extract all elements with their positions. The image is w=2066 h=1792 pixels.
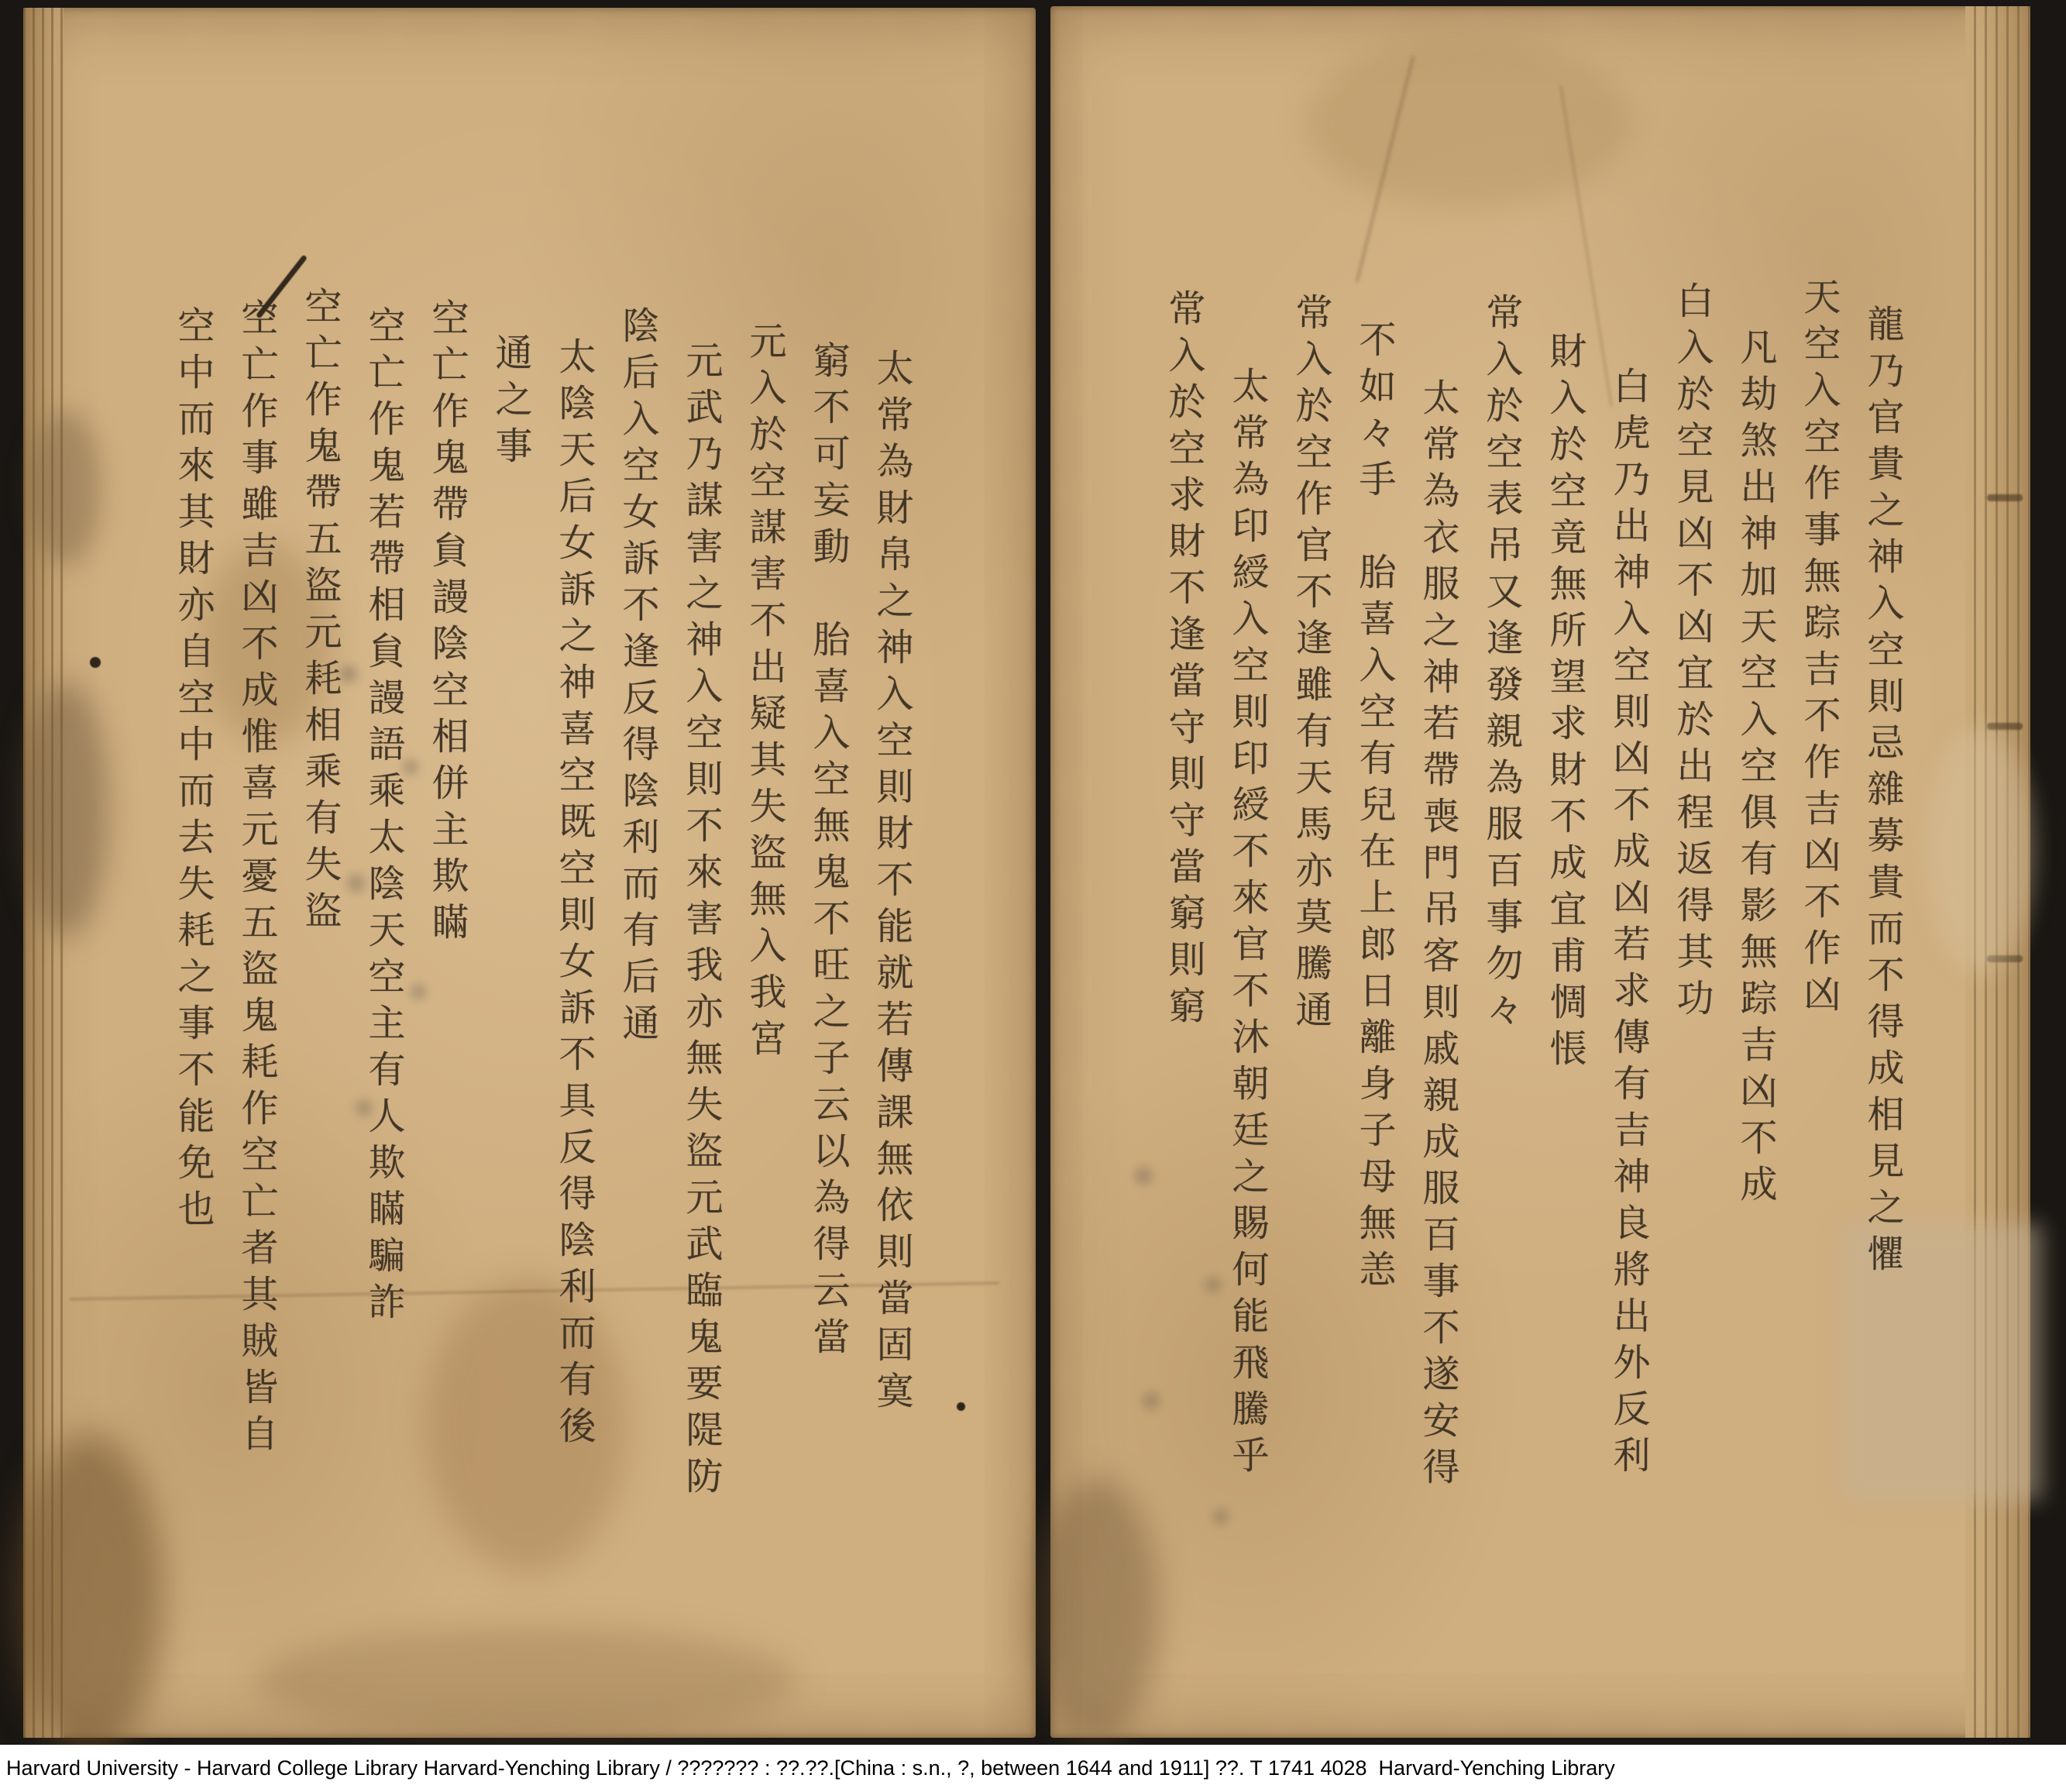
right-page-column-12: 常入於空求財不逢當守則守當窮則窮 bbox=[1152, 289, 1215, 1738]
left-page-column-10: 空亡作鬼帶五盜元耗相乘有失盜 bbox=[288, 287, 352, 1738]
right-page-column-11: 太常為印綬入空則印綬不來官不沐朝廷之賜何能飛騰乎 bbox=[1215, 366, 1279, 1738]
left-page-column-6: 太陰天后女訴之神喜空既空則女訴不具反得陰利而有後 bbox=[542, 337, 606, 1738]
left-page-column-2: 窮不可妄動 胎喜入空無鬼不旺之子云以為得云當 bbox=[796, 341, 860, 1738]
left-page-column-1: 太常為財帛之神入空則財不能就若傳課無依則當固寞 bbox=[860, 349, 923, 1738]
right-page-column-1: 龍乃官貴之神入空則忌雜募貴而不得成相見之懼 bbox=[1851, 304, 1914, 1738]
binding-stitch bbox=[1987, 494, 2023, 501]
caption-bar: Harvard University - Harvard College Lib… bbox=[0, 1745, 2066, 1792]
ink-dot bbox=[957, 1402, 965, 1411]
left-page-column-3: 元入於空謀害不出疑其失盜無入我宮 bbox=[733, 322, 796, 1738]
right-page: 龍乃官貴之神入空則忌雜募貴而不得成相見之懼天空入空作事無踪吉不作吉凶不作凶凡劫煞… bbox=[1050, 6, 2030, 1738]
left-page-leaf-edges bbox=[23, 8, 64, 1738]
right-page-column-2: 天空入空作事無踪吉不作吉凶不作凶 bbox=[1787, 277, 1851, 1738]
left-page-column-9: 空亡作鬼若帶相貟謾語乘太陰天空主有人欺瞞騙詐 bbox=[352, 306, 415, 1738]
right-page-text: 龍乃官貴之神入空則忌雜募貴而不得成相見之懼天空入空作事無踪吉不作吉凶不作凶凡劫煞… bbox=[1152, 6, 1914, 1738]
right-page-column-5: 白虎乃出神入空則凶不成凶若求傳有吉神良將出外反利 bbox=[1597, 366, 1660, 1738]
left-page-column-12: 空中而來其財亦自空中而去失耗之事不能免也 bbox=[161, 306, 225, 1738]
library-caption: Harvard University - Harvard College Lib… bbox=[6, 1756, 1615, 1780]
left-page-column-7: 通之事 bbox=[479, 333, 542, 1738]
right-page-binding-edges bbox=[1965, 6, 2030, 1738]
binding-stitch bbox=[1987, 955, 2023, 962]
left-page-column-8: 空亡作鬼帶貟謾陰空相併主欺瞞 bbox=[415, 298, 479, 1738]
manuscript-scan: 太常為財帛之神入空則財不能就若傳課無依則當固寞窮不可妄動 胎喜入空無鬼不旺之子云… bbox=[0, 0, 2066, 1792]
right-page-column-6: 財入於空竟無所望求財不成宜甫惆悵 bbox=[1533, 332, 1597, 1738]
left-page-column-4: 元武乃謀害之神入空則不來害我亦無失盜元武臨鬼要隄防 bbox=[669, 341, 733, 1738]
right-page-column-3: 凡劫煞出神加天空入空俱有影無踪吉凶不成 bbox=[1724, 328, 1787, 1738]
right-page-column-9: 不如々手 胎喜入空有兒在上郎日離身子母無恙 bbox=[1342, 320, 1406, 1738]
right-page-column-10: 常入於空作官不逢雖有天馬亦莫騰通 bbox=[1279, 293, 1342, 1738]
right-page-column-7: 常入於空表吊又逢發親為服百事勿々 bbox=[1470, 293, 1533, 1738]
left-page-column-5: 陰后入空女訴不逢反得陰利而有后通 bbox=[606, 306, 669, 1738]
left-page-text: 太常為財帛之神入空則財不能就若傳課無依則當固寞窮不可妄動 胎喜入空無鬼不旺之子云… bbox=[161, 8, 923, 1738]
right-page-column-8: 太常為衣服之神若帶喪門吊客則戚親成服百事不遂安得 bbox=[1406, 378, 1470, 1738]
left-page: 太常為財帛之神入空則財不能就若傳課無依則當固寞窮不可妄動 胎喜入空無鬼不旺之子云… bbox=[23, 8, 1036, 1738]
ink-dot bbox=[90, 657, 101, 668]
left-page-column-11: 空亡作事雖吉凶不成惟喜元憂五盜鬼耗作空亡者其賊皆自 bbox=[225, 298, 288, 1738]
stain bbox=[1035, 1478, 1159, 1742]
right-page-column-4: 白入於空見凶不凶宜於出程返得其功 bbox=[1660, 281, 1724, 1738]
binding-stitch bbox=[1987, 723, 2023, 730]
